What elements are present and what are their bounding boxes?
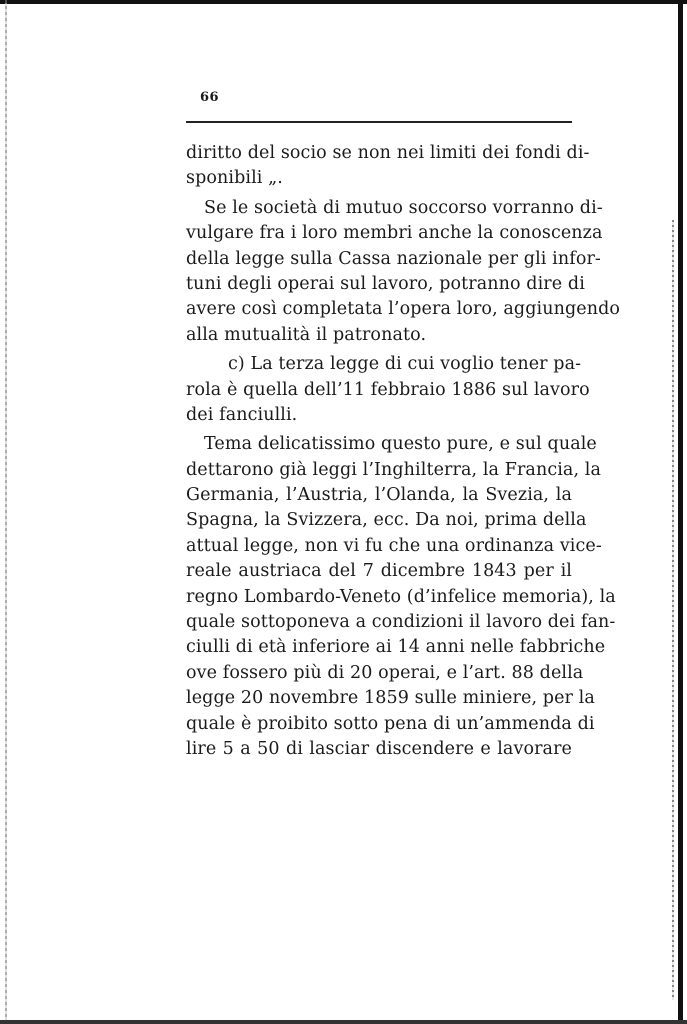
text-line: rola è quella dell’11 febbraio 1886 sul …: [186, 378, 572, 403]
text-line: tuni degli operai sul lavoro, potranno d…: [186, 272, 572, 297]
paragraph: Se le società di mutuo soccorso vorranno…: [186, 196, 572, 348]
text-line: quale sottoponeva a condizioni il lavoro…: [186, 610, 572, 635]
header-rule: [186, 121, 572, 123]
text-line: lire 5 a 50 di lasciar discendere e lavo…: [186, 737, 572, 762]
text-line: alla mutualità il patronato.: [186, 323, 572, 348]
text-line: dettarono già leggi l’Inghilterra, la Fr…: [186, 458, 572, 483]
body-text: diritto del socio se non nei limiti dei …: [186, 141, 572, 762]
left-page-edge: [5, 0, 7, 1024]
text-line: reale austriaca del 7 dicembre 1843 per …: [186, 559, 572, 584]
text-line: dei fanciulli.: [186, 403, 572, 428]
text-line: sponibili „.: [186, 166, 572, 191]
paragraph: diritto del socio se non nei limiti dei …: [186, 141, 572, 192]
text-line: diritto del socio se non nei limiti dei …: [186, 141, 572, 166]
text-line: attual legge, non vi fu che una ordinanz…: [186, 534, 572, 559]
text-line: Se le società di mutuo soccorso vorranno…: [186, 196, 572, 221]
text-line: vulgare fra i loro membri anche la conos…: [186, 221, 572, 246]
scan-top-edge: [0, 0, 687, 4]
text-line: legge 20 novembre 1859 sulle miniere, pe…: [186, 686, 572, 711]
right-binding-edge: [678, 0, 683, 1024]
text-line: quale è proibito sotto pena di un’ammend…: [186, 712, 572, 737]
text-line: ciulli di età inferiore ai 14 anni nelle…: [186, 635, 572, 660]
text-line: c) La terza legge di cui voglio tener pa…: [186, 352, 572, 377]
binding-shadow: [672, 220, 674, 1000]
text-line: della legge sulla Cassa nazionale per gl…: [186, 247, 572, 272]
paragraph: Tema delicatissimo questo pure, e sul qu…: [186, 432, 572, 762]
text-line: avere così completata l’opera loro, aggi…: [186, 297, 572, 322]
text-line: ove fossero più di 20 operai, e l’art. 8…: [186, 661, 572, 686]
text-line: regno Lombardo-Veneto (d’infelice memori…: [186, 585, 572, 610]
scan-bottom-edge: [0, 1020, 687, 1024]
text-line: Germania, l’Austria, l’Olanda, la Svezia…: [186, 483, 572, 508]
text-line: Spagna, la Svizzera, ecc. Da noi, prima …: [186, 508, 572, 533]
text-line: Tema delicatissimo questo pure, e sul qu…: [186, 432, 572, 457]
paragraph: c) La terza legge di cui voglio tener pa…: [186, 352, 572, 428]
page-number: 66: [200, 90, 219, 105]
